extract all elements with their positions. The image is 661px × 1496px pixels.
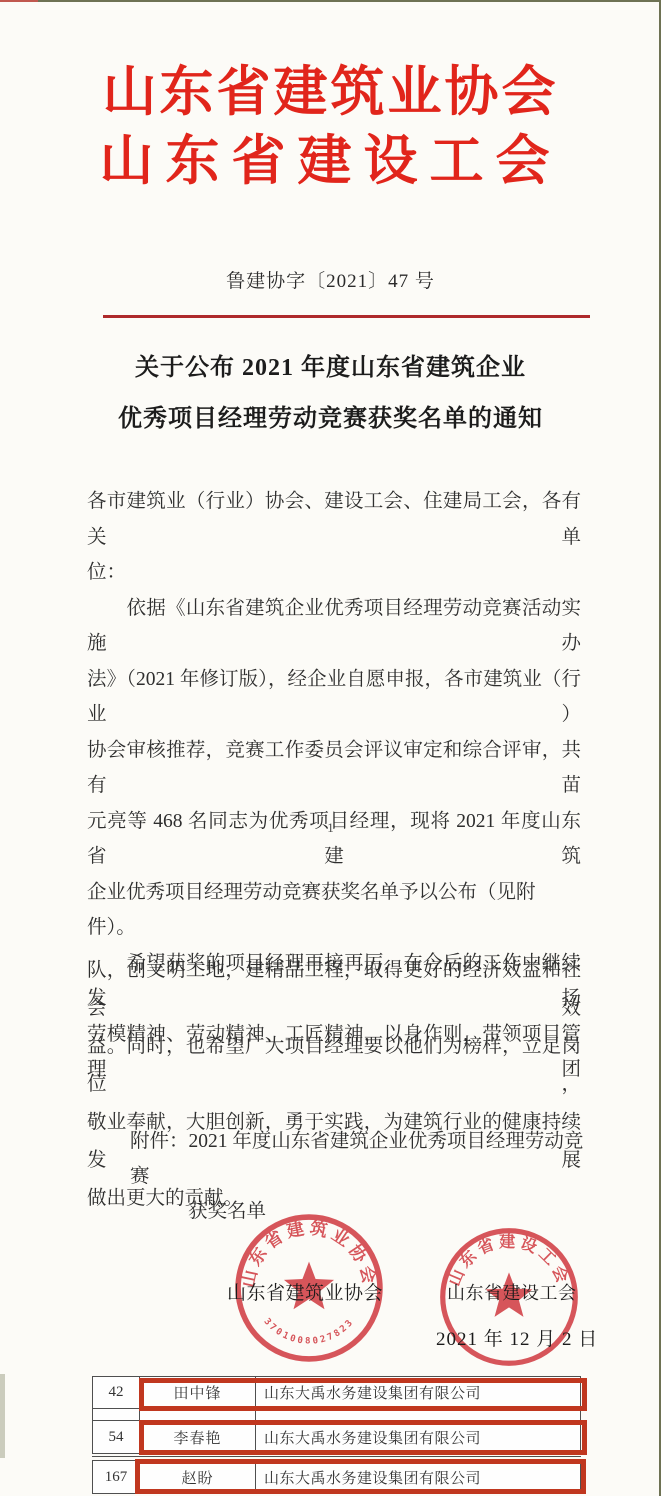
highlight-box-row3 bbox=[135, 1459, 586, 1494]
top-edge-border bbox=[0, 0, 661, 2]
notice-title-line2: 优秀项目经理劳动竞赛获奖名单的通知 bbox=[0, 403, 661, 435]
body-line: 元亮等 468 名同志为优秀项目经理，现将 2021 年度山东省建筑 bbox=[87, 804, 581, 875]
signature-org1: 山东省建筑业协会 bbox=[227, 1278, 383, 1305]
letterhead-org-line1: 山东省建筑业协会 bbox=[0, 63, 661, 121]
signature-date: 2021 年 12 月 2 日 bbox=[436, 1324, 598, 1351]
notice-title-line1: 关于公布 2021 年度山东省建筑企业 bbox=[0, 352, 661, 384]
rank-number-cell: 54 bbox=[93, 1421, 140, 1453]
scanned-document-page: 山东省建筑业协会 山东省建设工会 鲁建协字〔2021〕47 号 关于公布 202… bbox=[0, 0, 661, 1496]
svg-text:3701008027823: 3701008027823 bbox=[261, 1317, 356, 1347]
body-line: 依据《山东省建筑企业优秀项目经理劳动竞赛活动实施办 bbox=[87, 591, 581, 662]
attachment-line1: 附件：2021 年度山东省建筑企业优秀项目经理劳动竞赛 bbox=[130, 1124, 600, 1194]
body-line: 法》（2021 年修订版），经企业自愿申报，各市建筑业（行业） bbox=[87, 662, 581, 733]
body-line: 益。同时，也希望广大项目经理要以他们为榜样，立足岗位， bbox=[87, 1028, 581, 1104]
body-line: 队，创文明工地，建精品工程，取得更好的经济效益和社会效 bbox=[87, 952, 581, 1028]
page-number: 1 bbox=[0, 820, 661, 836]
body-line: 协会审核推荐，竞赛工作委员会评议审定和综合评审，共有苗 bbox=[87, 733, 581, 804]
letterhead-org-line2: 山东省建设工会 bbox=[0, 132, 661, 190]
top-edge-red-mark bbox=[0, 0, 38, 2]
body-line: 位： bbox=[87, 555, 581, 591]
body-line: 各市建筑业（行业）协会、建设工会、住建局工会，各有关单 bbox=[87, 484, 581, 555]
body-line: 企业优秀项目经理劳动竞赛获奖名单予以公布（见附件）。 bbox=[87, 875, 581, 946]
highlight-box-row1 bbox=[139, 1378, 587, 1411]
empty-cell bbox=[93, 1409, 140, 1420]
document-number: 鲁建协字〔2021〕47 号 bbox=[0, 266, 661, 293]
signature-org2: 山东省建设工会 bbox=[447, 1279, 577, 1305]
red-divider-rule bbox=[103, 315, 590, 318]
rank-number-cell: 167 bbox=[93, 1461, 140, 1493]
highlight-box-row2 bbox=[139, 1420, 587, 1455]
seal-serial-number: 3701008027823 bbox=[261, 1317, 356, 1347]
rank-number-cell: 42 bbox=[93, 1377, 140, 1408]
table-fragment-divider bbox=[92, 1456, 581, 1457]
scan-artifact-strip bbox=[0, 1374, 5, 1458]
